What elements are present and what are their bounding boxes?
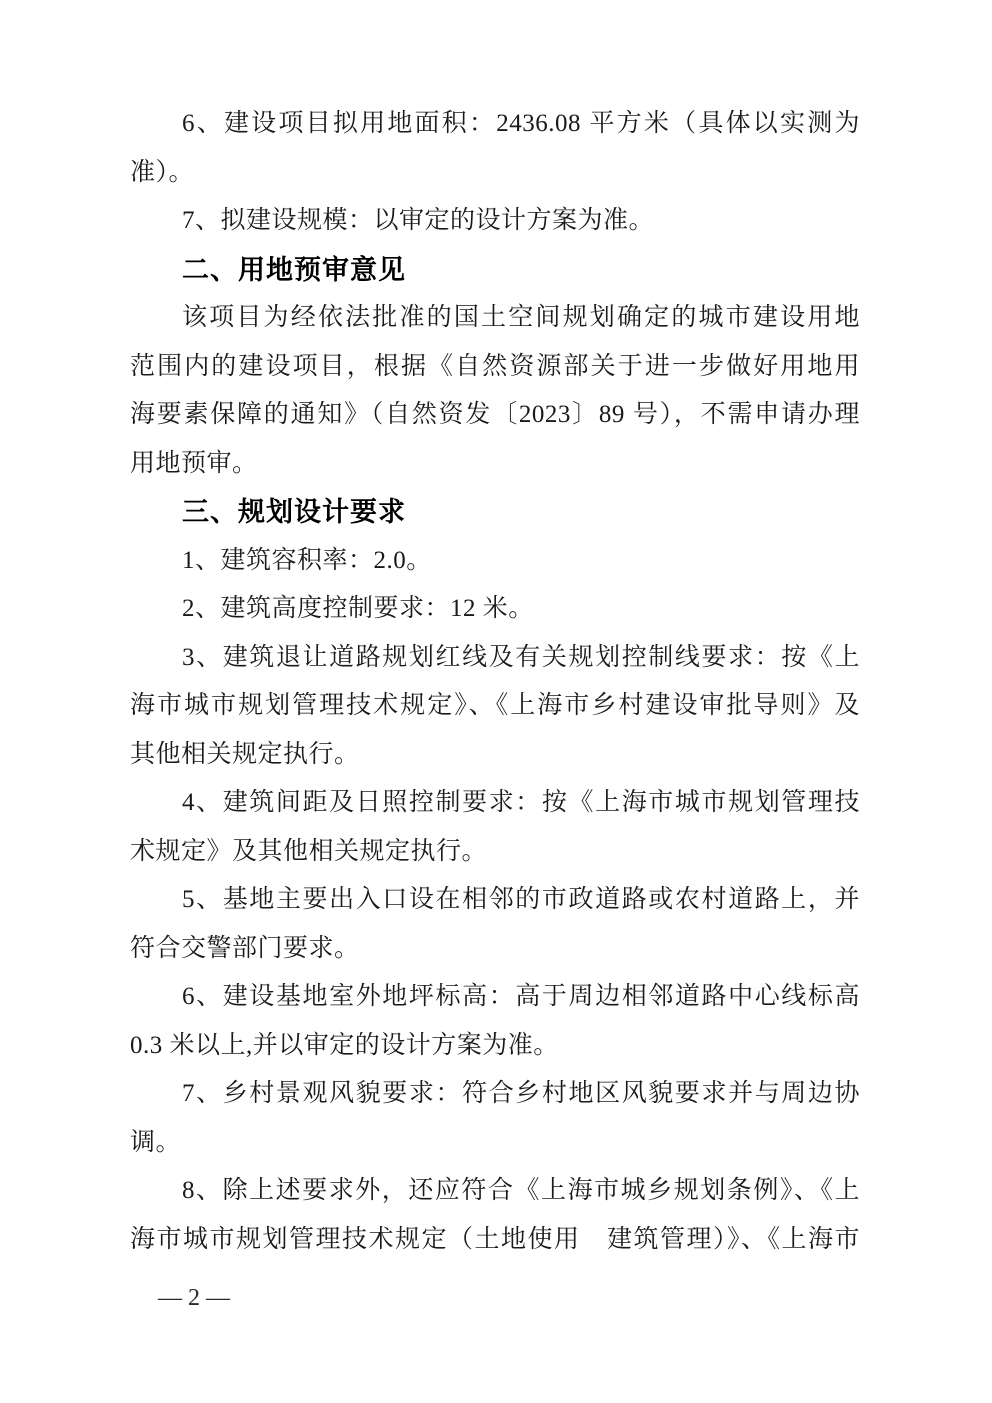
document-body: 6、建设项目拟用地面积：2436.08 平方米（具体以实测为 准）。 7、拟建设… bbox=[130, 100, 860, 1264]
text-line: 3、建筑退让道路规划红线及有关规划控制线要求：按《上 bbox=[130, 634, 860, 683]
document-page: 6、建设项目拟用地面积：2436.08 平方米（具体以实测为 准）。 7、拟建设… bbox=[0, 0, 992, 1403]
heading-land-use-preapproval: 二、用地预审意见 bbox=[130, 246, 860, 295]
text-line: 术规定》及其他相关规定执行。 bbox=[130, 828, 860, 877]
text-line: 0.3 米以上,并以审定的设计方案为准。 bbox=[130, 1022, 860, 1071]
text-line: 准）。 bbox=[130, 149, 860, 198]
text-line: 海要素保障的通知》（自然资发〔2023〕89 号），不需申请办理 bbox=[130, 391, 860, 440]
text-line: 4、建筑间距及日照控制要求：按《上海市城市规划管理技 bbox=[130, 779, 860, 828]
text-line: 用地预审。 bbox=[130, 440, 860, 489]
page-number: — 2 — bbox=[158, 1283, 230, 1313]
text-line: 8、除上述要求外，还应符合《上海市城乡规划条例》、《上 bbox=[130, 1167, 860, 1216]
heading-planning-design-requirements: 三、规划设计要求 bbox=[130, 488, 860, 537]
text-line: 调。 bbox=[130, 1119, 860, 1168]
text-line: 海市城市规划管理技术规定（土地使用 建筑管理）》、《上海市 bbox=[130, 1216, 860, 1265]
text-line: 6、建设项目拟用地面积：2436.08 平方米（具体以实测为 bbox=[130, 100, 860, 149]
text-line: 2、建筑高度控制要求：12 米。 bbox=[130, 585, 860, 634]
text-line: 5、基地主要出入口设在相邻的市政道路或农村道路上，并 bbox=[130, 876, 860, 925]
text-line: 7、乡村景观风貌要求：符合乡村地区风貌要求并与周边协 bbox=[130, 1070, 860, 1119]
text-line: 6、建设基地室外地坪标高：高于周边相邻道路中心线标高 bbox=[130, 973, 860, 1022]
text-line: 7、拟建设规模：以审定的设计方案为准。 bbox=[130, 197, 860, 246]
text-line: 其他相关规定执行。 bbox=[130, 731, 860, 780]
text-line: 1、建筑容积率：2.0。 bbox=[130, 537, 860, 586]
text-line: 该项目为经依法批准的国土空间规划确定的城市建设用地 bbox=[130, 294, 860, 343]
text-line: 范围内的建设项目，根据《自然资源部关于进一步做好用地用 bbox=[130, 343, 860, 392]
text-line: 海市城市规划管理技术规定》、《上海市乡村建设审批导则》及 bbox=[130, 682, 860, 731]
text-line: 符合交警部门要求。 bbox=[130, 925, 860, 974]
